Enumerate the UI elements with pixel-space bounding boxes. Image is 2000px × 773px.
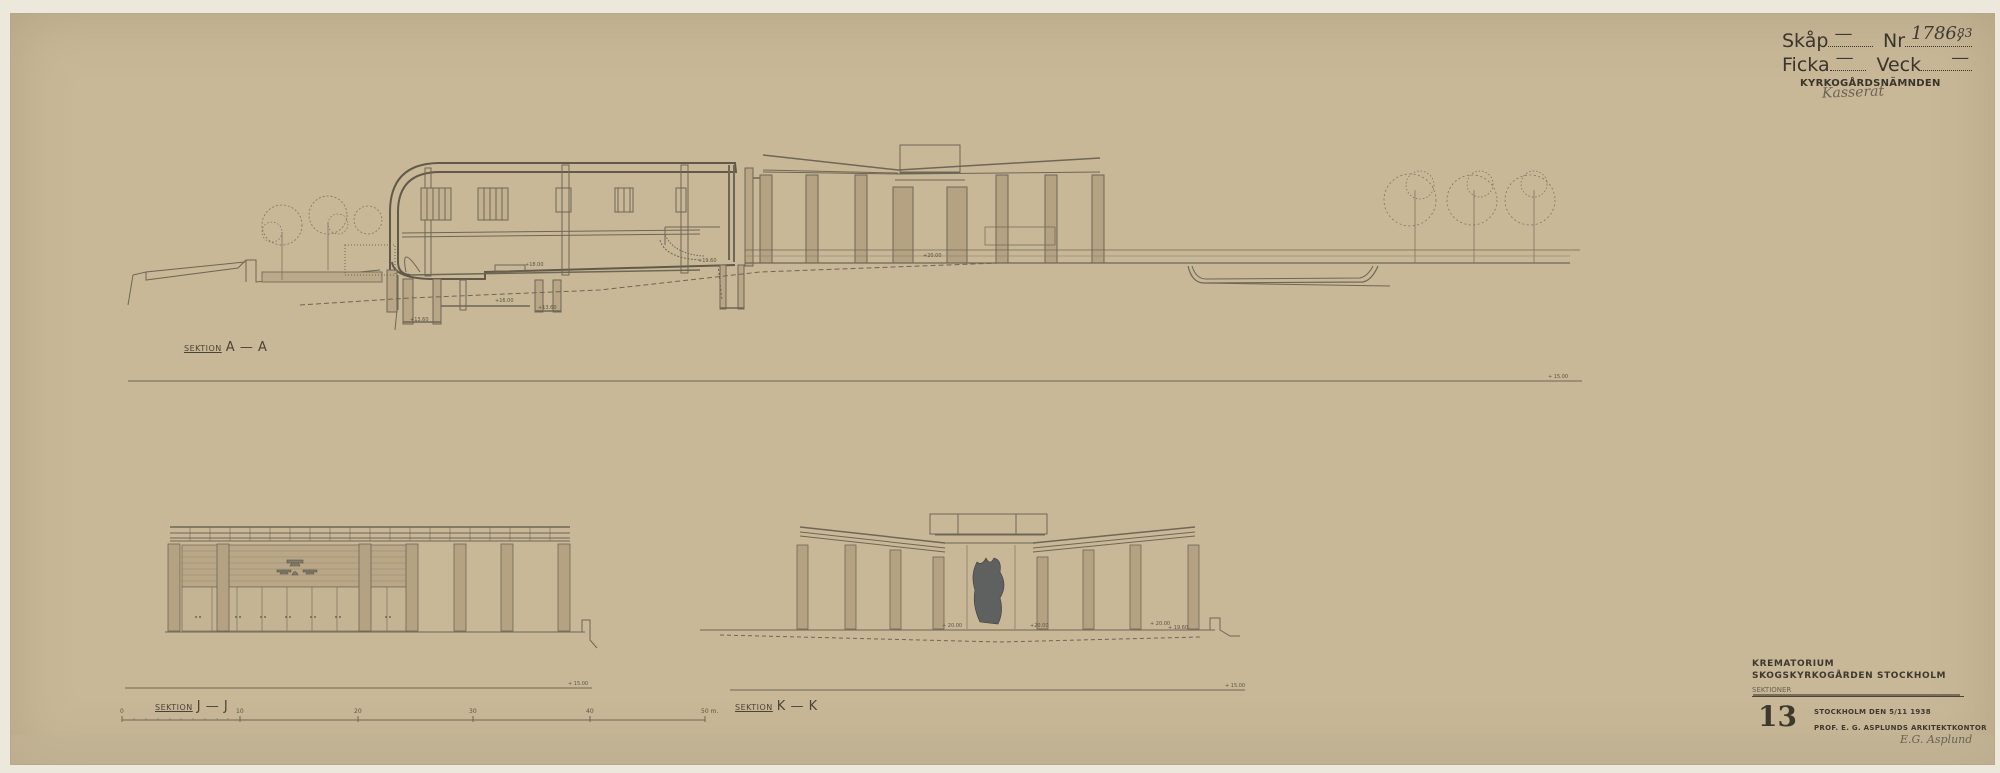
sheet-number: 13 <box>1758 700 1797 733</box>
section-a-pond <box>1188 266 1390 286</box>
scale-bar <box>122 716 705 722</box>
ficka-label: Ficka <box>1782 54 1830 76</box>
scale-tick-label: 20 <box>354 708 362 715</box>
level-label: +19.60 <box>698 258 717 264</box>
architect-signature: E.G. Asplund <box>1900 733 1972 746</box>
nr-field: 1786,83 <box>1905 28 1972 47</box>
archive-stamp: Skåp — Nr 1786,83 Ficka — Veck — KYRKOGÅ… <box>1782 28 1972 99</box>
title-subtitle: SEKTIONER <box>1752 686 1964 697</box>
level-label: + 15.00 <box>1548 374 1568 380</box>
level-label: +13.60 <box>410 317 429 323</box>
section-a-trees-right <box>1384 171 1555 263</box>
sculpture-icon <box>973 558 1004 624</box>
title-block: KREMATORIUM SKOGSKYRKOGÅRDEN STOCKHOLM S… <box>1752 658 1992 697</box>
section-label-a: SEKTIONA — A <box>184 340 267 355</box>
level-label: + 15.00 <box>568 681 588 687</box>
level-label: +13.60 <box>538 305 557 311</box>
date-line: STOCKHOLM DEN 5/11 1938 <box>1814 708 1931 716</box>
level-label: +16.00 <box>495 298 514 304</box>
office-line: PROF. E. G. ASPLUNDS ARKITEKTKONTOR <box>1814 724 1987 732</box>
architectural-sections <box>0 0 2000 773</box>
veck-field: — <box>1921 52 1972 71</box>
ficka-field: — <box>1830 52 1867 71</box>
nr-label: Nr <box>1883 30 1905 52</box>
skap-field: — <box>1828 28 1873 47</box>
scale-tick-label: 40 <box>586 708 594 715</box>
section-a-monument-hall <box>745 145 1580 266</box>
skap-label: Skåp <box>1782 30 1828 52</box>
section-label-j: SEKTIONJ — J <box>155 699 228 714</box>
level-label: +20.00 <box>923 253 942 259</box>
section-j-elevation <box>125 527 597 688</box>
scale-tick-label: 0 <box>120 708 124 715</box>
veck-label: Veck <box>1876 54 1921 76</box>
scale-tick-label: 50 m. <box>701 708 718 715</box>
level-label: + 20.00 <box>942 623 962 629</box>
scale-tick-label: 30 <box>469 708 477 715</box>
section-a-terrain <box>128 260 382 305</box>
level-label: + 15.00 <box>1225 683 1245 689</box>
section-a-trees-left <box>262 196 382 280</box>
title-line-1: KREMATORIUM <box>1752 658 1992 670</box>
level-label: + 19.60 <box>1168 625 1188 631</box>
section-k-elevation <box>700 514 1245 690</box>
scale-tick-label: 10 <box>236 708 244 715</box>
section-label-k: SEKTIONK — K <box>735 699 818 714</box>
level-label: +20.00 <box>1030 623 1049 629</box>
level-label: +18.00 <box>525 262 544 268</box>
title-line-2: SKOGSKYRKOGÅRDEN STOCKHOLM <box>1752 670 1992 682</box>
